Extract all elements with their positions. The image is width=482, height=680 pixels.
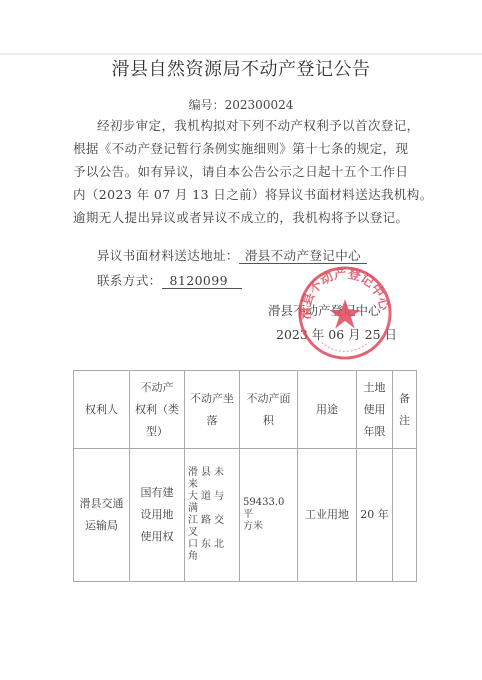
cell-location: 滑县未来 大道与满 江路交叉 口东北角 — [185, 449, 240, 582]
table-row: 滑县交通 运输局 国有建 设用地 使用权 滑县未来 大道与满 江路交叉 口东北角… — [74, 449, 417, 582]
contact-value: 8120099 — [162, 273, 242, 289]
body-line-4: 内（2023 年 07 月 13 日之前）将异议书面材料送达我机构。 — [73, 184, 413, 206]
body-line-5: 逾期无人提出异议或者异议不成立的，我机构将予以登记。 — [73, 207, 413, 229]
cell-right-type: 国有建 设用地 使用权 — [130, 449, 185, 582]
cell-holder: 滑县交通 运输局 — [74, 449, 130, 582]
header-location: 不动产坐 落 — [185, 371, 240, 449]
contact-label: 联系方式： — [97, 273, 162, 288]
star-icon — [329, 299, 360, 328]
objection-address-value: 滑县不动产登记中心 — [239, 248, 367, 264]
cell-remark — [393, 449, 417, 582]
header-holder: 权利人 — [74, 371, 130, 449]
header-right-type: 不动产 权利（类 型） — [130, 371, 185, 449]
header-area: 不动产面 积 — [240, 371, 298, 449]
document-number: 编号：202300024 — [0, 96, 482, 113]
cell-area: 59433.0 平 方米 — [240, 449, 298, 582]
body-line-1: 经初步审定，我机构拟对下列不动产权利予以首次登记， — [97, 115, 437, 137]
contact-row: 联系方式：8120099 — [97, 271, 242, 289]
document-number-label: 编号： — [189, 98, 225, 112]
table-header-row: 权利人 不动产 权利（类 型） 不动产坐 落 不动产面 积 用途 土地 使用 年… — [74, 371, 417, 449]
body-line-2: 根据《不动产登记暂行条例实施细则》第十七条的规定，现 — [73, 138, 413, 160]
objection-address-label: 异议书面材料送达地址： — [97, 248, 239, 263]
header-term: 土地 使用 年限 — [357, 371, 393, 449]
header-remark: 备 注 — [393, 371, 417, 449]
cell-usage: 工业用地 — [298, 449, 357, 582]
document-number-value: 202300024 — [225, 98, 294, 112]
body-line-3: 予以公告。如有异议，请自本公告公示之日起十五个工作日 — [73, 161, 413, 183]
registration-table: 权利人 不动产 权利（类 型） 不动产坐 落 不动产面 积 用途 土地 使用 年… — [73, 370, 417, 582]
official-seal-stamp: 滑县不动产登记中心 — [296, 264, 394, 362]
objection-address-row: 异议书面材料送达地址：滑县不动产登记中心 — [97, 246, 367, 264]
header-usage: 用途 — [298, 371, 357, 449]
page-title: 滑县自然资源局不动产登记公告 — [0, 55, 482, 81]
viewer-top-margin — [0, 0, 482, 53]
cell-term: 20 年 — [357, 449, 393, 582]
